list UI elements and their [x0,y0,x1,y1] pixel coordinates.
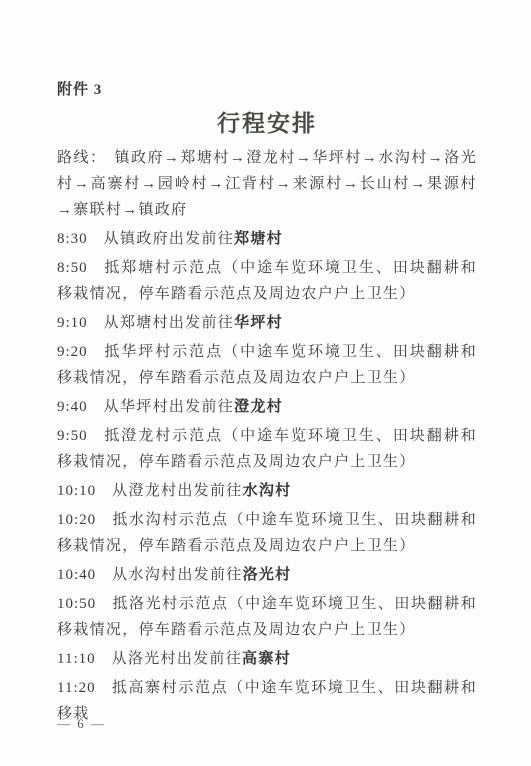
entry-destination: 华坪村 [234,315,283,331]
entry-text: 从澄龙村出发前往 [112,483,242,499]
route-label: 路线： [57,150,106,166]
entry-destination: 澄龙村 [234,399,283,415]
schedule-entry: 11:20抵高寨村示范点（中途车览环境卫生、田块翻耕和移栽 [57,675,477,727]
entry-time: 10:50 [57,596,96,612]
entry-destination: 水沟村 [243,483,292,499]
entry-time: 8:30 [57,231,88,247]
page-title: 行程安排 [57,105,477,138]
entry-text: 抵澄龙村示范点（中途车览环境卫生、田块翻耕和移栽情况，停车踏看示范点及周边农户户… [57,428,477,470]
entry-time: 10:10 [57,483,96,499]
entry-text: 抵华坪村示范点（中途车览环境卫生、田块翻耕和移栽情况，停车踏看示范点及周边农户户… [57,344,477,386]
schedule-entry: 9:50抵澄龙村示范点（中途车览环境卫生、田块翻耕和移栽情况，停车踏看示范点及周… [57,423,477,475]
schedule-entry: 10:20抵水沟村示范点（中途车览环境卫生、田块翻耕和移栽情况，停车踏看示范点及… [57,507,477,559]
entry-destination: 洛光村 [243,567,292,583]
entry-time: 9:10 [57,315,88,331]
attachment-label: 附件 3 [57,78,477,99]
document-page: 附件 3 行程安排 路线：镇政府→郑塘村→澄龙村→华坪村→水沟村→洛光村→高寨村… [0,0,531,766]
entry-text: 抵郑塘村示范点（中途车览环境卫生、田块翻耕和移栽情况，停车踏看示范点及周边农户户… [57,260,477,302]
route-text: 镇政府→郑塘村→澄龙村→华坪村→水沟村→洛光村→高寨村→园岭村→江背村→来源村→… [57,150,477,218]
entry-time: 10:20 [57,512,96,528]
schedule-entry: 8:50抵郑塘村示范点（中途车览环境卫生、田块翻耕和移栽情况，停车踏看示范点及周… [57,255,477,307]
entry-time: 9:40 [57,399,88,415]
entry-text: 从洛光村出发前往 [112,651,242,667]
entry-text: 抵水沟村示范点（中途车览环境卫生、田块翻耕和移栽情况，停车踏看示范点及周边农户户… [57,512,477,554]
route-line: 路线：镇政府→郑塘村→澄龙村→华坪村→水沟村→洛光村→高寨村→园岭村→江背村→来… [57,145,477,223]
entry-time: 9:20 [57,344,88,360]
entry-text: 从镇政府出发前往 [104,231,234,247]
schedule-entry: 9:10从郑塘村出发前往华坪村 [57,310,477,336]
page-number: — 6 — [57,716,106,732]
entry-text: 抵高寨村示范点（中途车览环境卫生、田块翻耕和移栽 [57,680,477,722]
entry-time: 10:40 [57,567,96,583]
schedule-entry: 10:50抵洛光村示范点（中途车览环境卫生、田块翻耕和移栽情况，停车踏看示范点及… [57,591,477,643]
schedule-entry: 10:10从澄龙村出发前往水沟村 [57,478,477,504]
schedule-entry: 8:30从镇政府出发前往郑塘村 [57,226,477,252]
entry-text: 从水沟村出发前往 [112,567,242,583]
schedule-entry: 9:40从华坪村出发前往澄龙村 [57,394,477,420]
entry-time: 11:20 [57,680,96,696]
schedule-entry: 11:10从洛光村出发前往高寨村 [57,646,477,672]
entry-destination: 高寨村 [242,651,291,667]
schedule-entry: 10:40从水沟村出发前往洛光村 [57,562,477,588]
entry-text: 从华坪村出发前往 [104,399,234,415]
entry-destination: 郑塘村 [234,231,283,247]
schedule-entry: 9:20抵华坪村示范点（中途车览环境卫生、田块翻耕和移栽情况，停车踏看示范点及周… [57,339,477,391]
document-content: 附件 3 行程安排 路线：镇政府→郑塘村→澄龙村→华坪村→水沟村→洛光村→高寨村… [57,78,477,730]
entry-text: 抵洛光村示范点（中途车览环境卫生、田块翻耕和移栽情况，停车踏看示范点及周边农户户… [57,596,477,638]
entry-text: 从郑塘村出发前往 [104,315,234,331]
entry-time: 11:10 [57,651,96,667]
entry-time: 8:50 [57,260,88,276]
entry-time: 9:50 [57,428,88,444]
